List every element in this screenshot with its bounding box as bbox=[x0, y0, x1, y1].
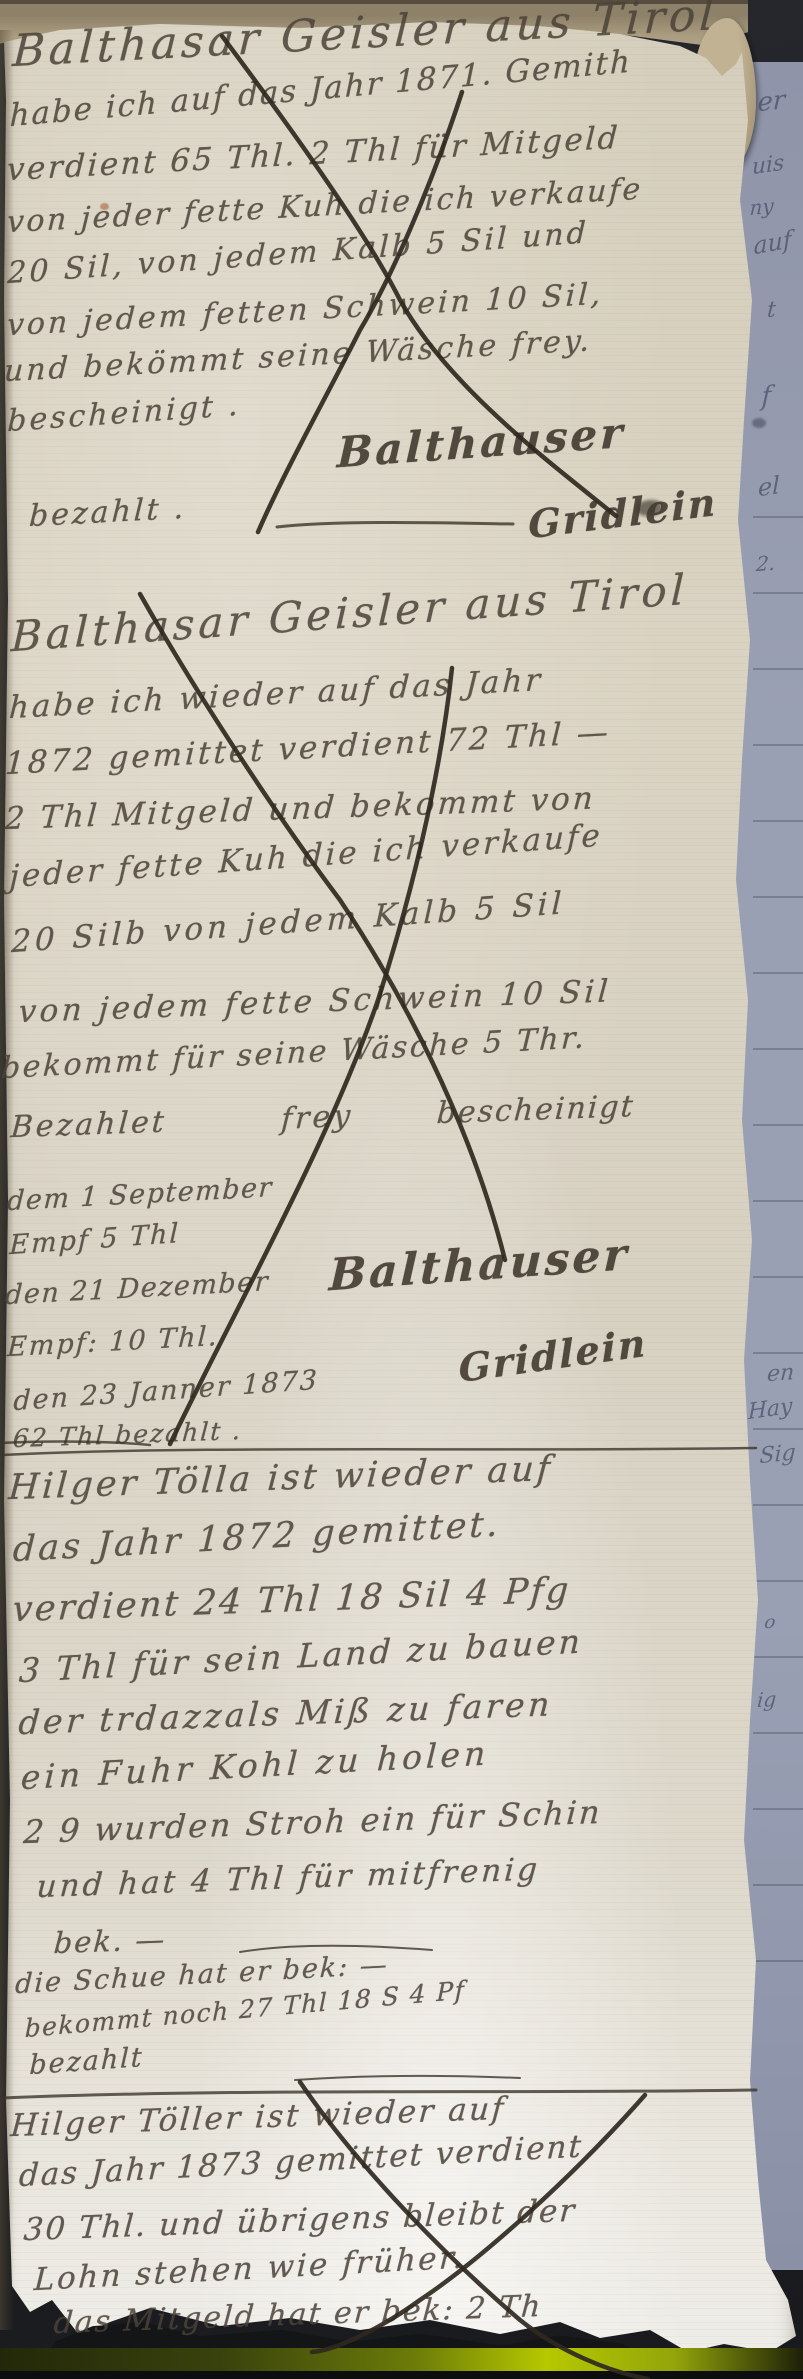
manuscript-line: bescheinigt bbox=[436, 1089, 636, 1131]
manuscript-photo: { "document": { "kind": "handwritten led… bbox=[0, 0, 803, 2379]
manuscript-line: frey bbox=[280, 1098, 354, 1137]
next-page-text-fragment: el bbox=[758, 471, 780, 502]
manuscript-line: Bezahlet bbox=[10, 1105, 169, 1146]
manuscript-line: bek. — bbox=[53, 1922, 168, 1960]
next-page-text-fragment: f bbox=[761, 381, 772, 412]
next-page-text-fragment: er bbox=[757, 85, 786, 118]
photo-bottom-border bbox=[0, 2371, 803, 2379]
next-page-text-fragment: en bbox=[766, 1360, 795, 1387]
next-page-text-fragment: ny bbox=[749, 193, 774, 220]
next-page-text-fragment: uis bbox=[752, 150, 784, 180]
next-page-text-fragment: 2. bbox=[755, 551, 776, 577]
next-page-text-fragment: Sig bbox=[759, 1440, 796, 1469]
next-page-text-fragment: ig bbox=[756, 1687, 777, 1713]
ink-blot bbox=[752, 418, 766, 428]
next-page-text-fragment: t bbox=[766, 297, 777, 323]
